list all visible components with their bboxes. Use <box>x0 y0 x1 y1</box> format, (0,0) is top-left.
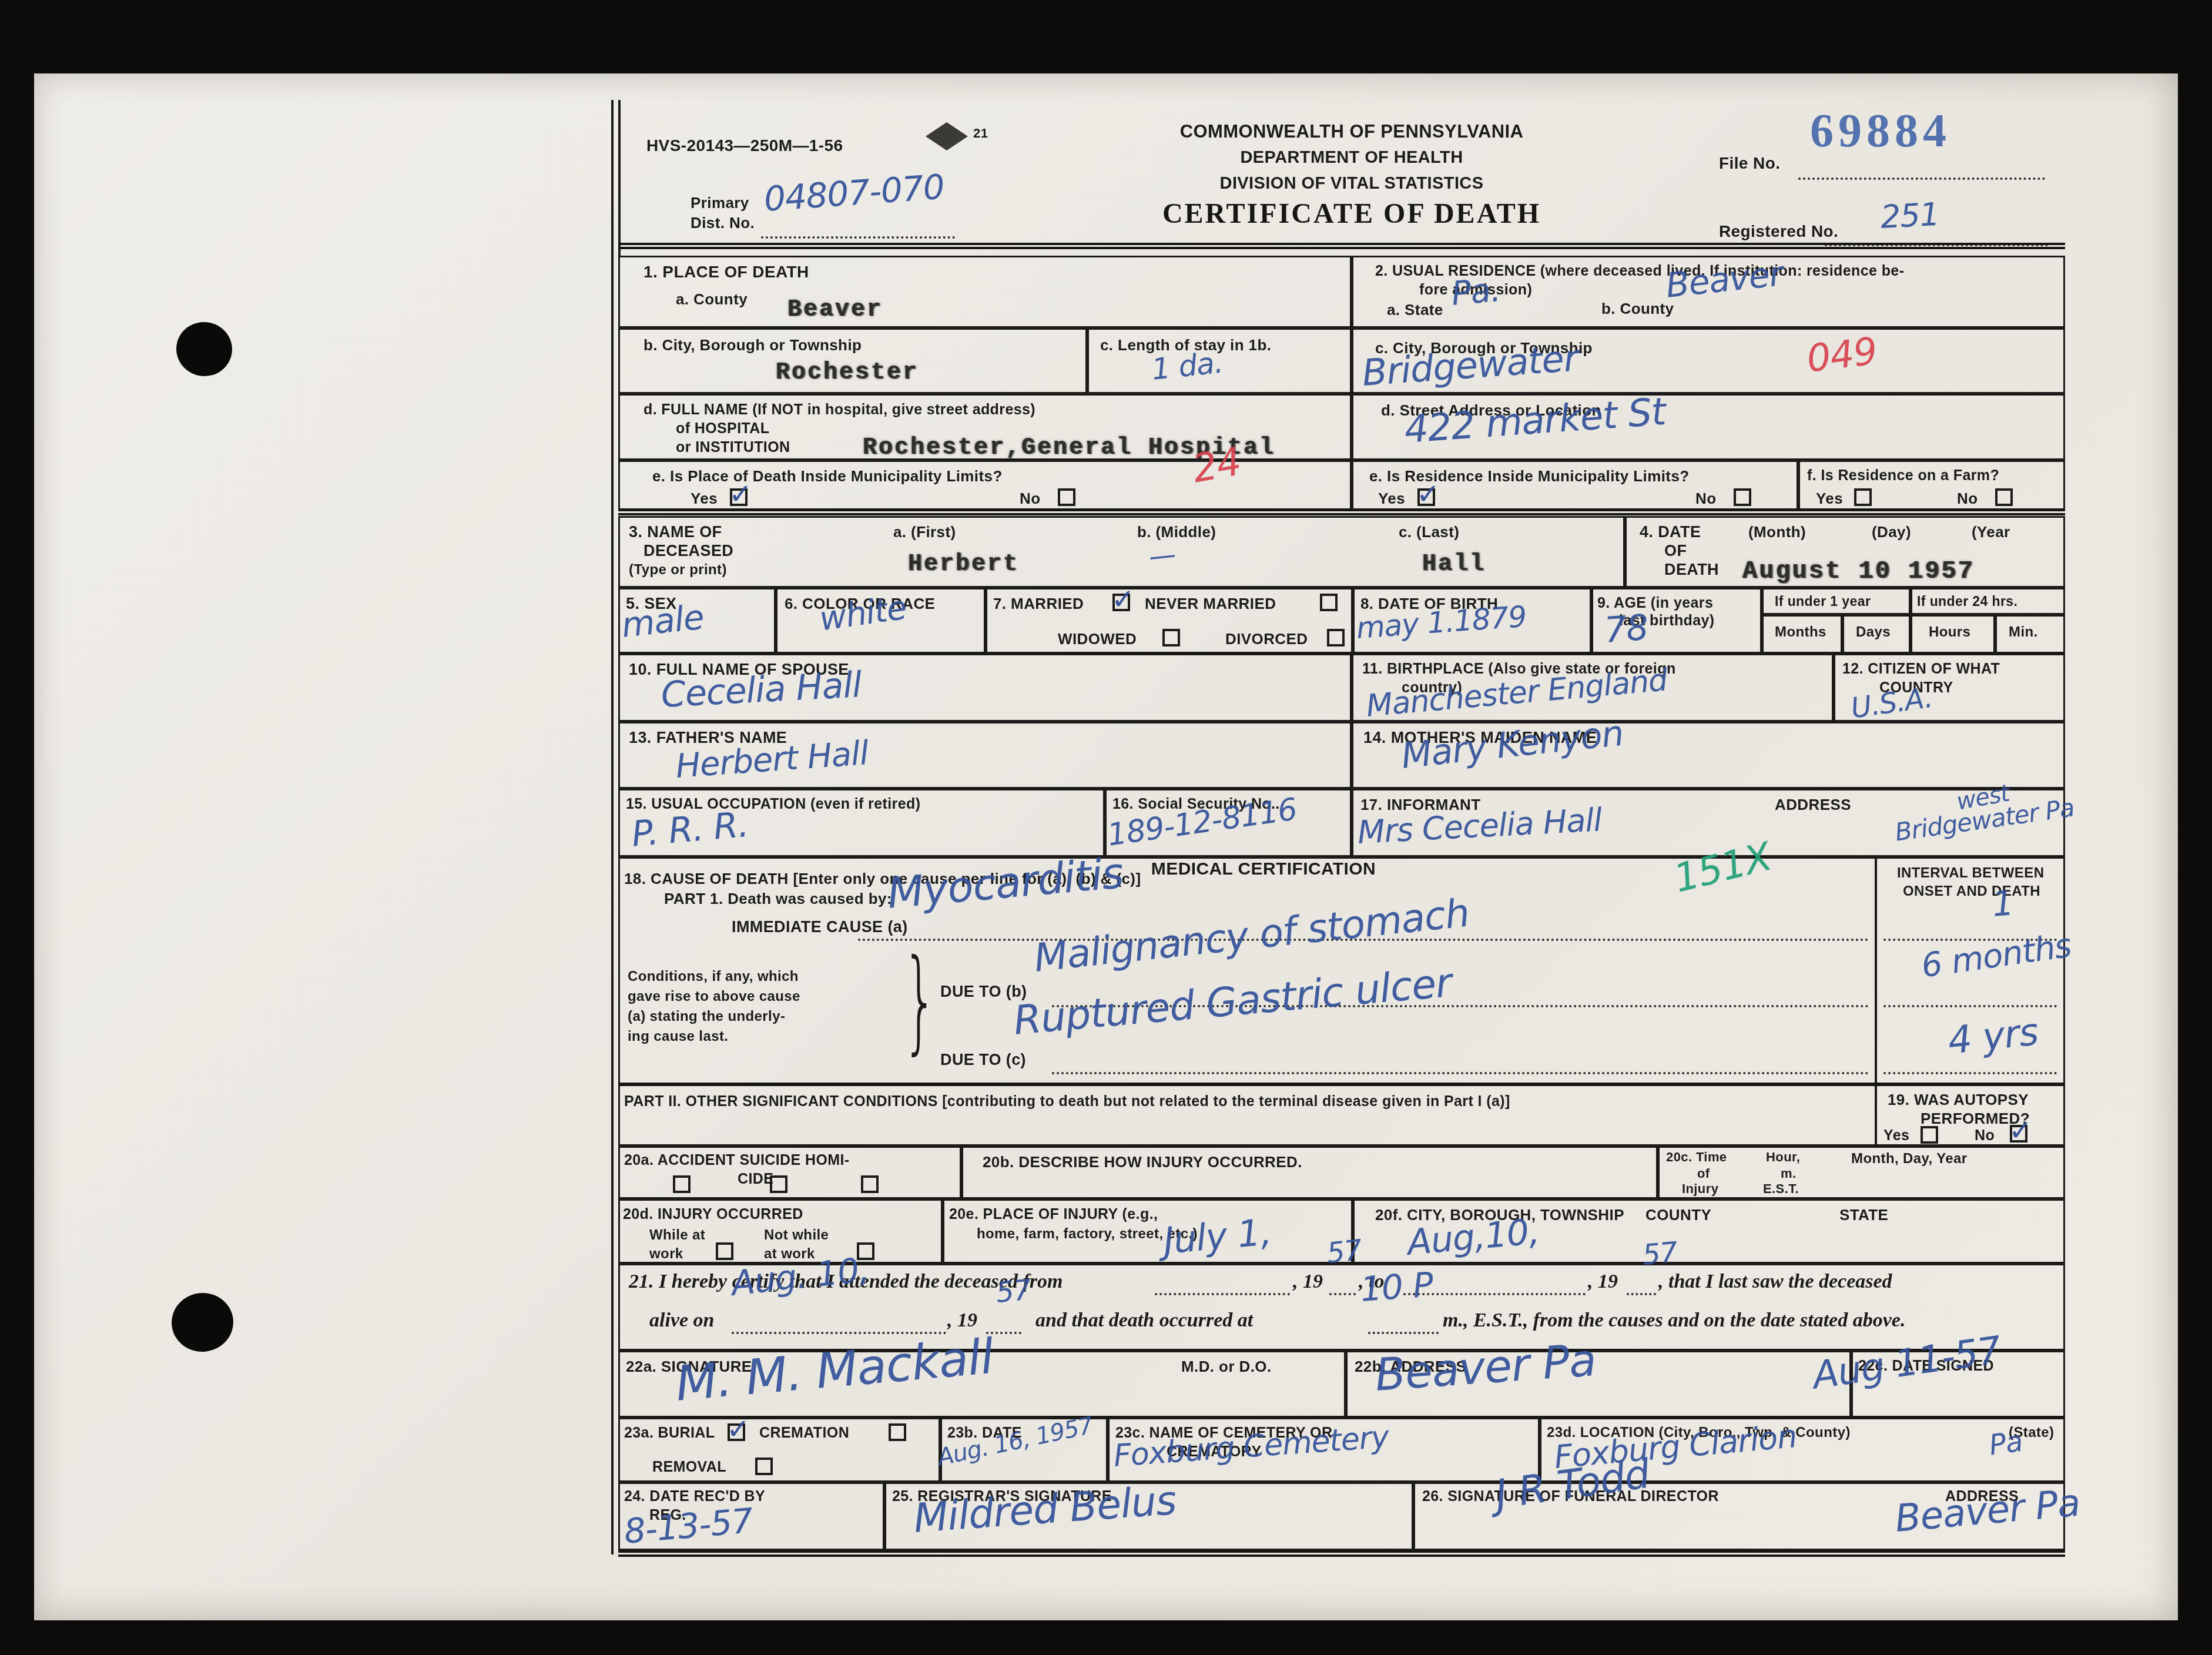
registered-no-value: 251 <box>1879 196 1940 236</box>
form-code: HVS-20143—250M—1-56 <box>646 136 843 155</box>
injury-hour-label-1: Hour, <box>1766 1150 1800 1165</box>
death-red-code: 24 <box>1189 438 1244 491</box>
last-name-value: Hall <box>1422 551 1486 578</box>
residence-state-label: a. State <box>1387 301 1443 319</box>
section-divider-1 <box>618 509 2065 515</box>
middle-name-mark: — <box>1147 538 1177 572</box>
citizen-label-1: 12. CITIZEN OF WHAT <box>1842 661 2000 678</box>
certify-to-year-value: 57 <box>1641 1236 1679 1272</box>
dod-label-1: 4. DATE <box>1640 523 1701 541</box>
injury-description-label: 20b. DESCRIBE HOW INJURY OCCURRED. <box>983 1153 1302 1171</box>
injury-time-label-2: of <box>1697 1166 1710 1181</box>
under-year-label: If under 1 year <box>1775 594 1871 609</box>
last-name-label: c. (Last) <box>1399 523 1459 541</box>
residence-limits-yes-label: Yes <box>1378 490 1405 508</box>
due-to-c-line <box>1052 1072 1869 1074</box>
married-mark: ✓ <box>1111 583 1135 616</box>
burial-checkbox: ✓ <box>728 1423 745 1441</box>
org-line-3: DIVISION OF VITAL STATISTICS <box>1146 174 1557 193</box>
certify-from-year-value: 57 <box>1325 1234 1363 1270</box>
place-of-injury-label-1: 20e. PLACE OF INJURY (e.g., <box>949 1206 1158 1223</box>
death-limits-yes-label: Yes <box>691 490 718 508</box>
interval-a-value: 1 <box>1990 883 2015 924</box>
deceased-label-2: DECEASED <box>644 542 733 560</box>
death-limits-label: e. Is Place of Death Inside Municipality… <box>652 467 1003 485</box>
registered-no-label: Registered No. <box>1719 222 1838 241</box>
interval-column-divider <box>1875 857 1877 1086</box>
interval-label-2: ONSET AND DEATH <box>1903 883 2040 900</box>
injury-time-label-3: Injury <box>1682 1181 1718 1197</box>
suicide-checkbox <box>770 1175 787 1193</box>
removal-label: REMOVAL <box>652 1459 726 1476</box>
certify-from-year-line <box>1329 1293 1356 1295</box>
residence-limits-yes-mark: ✓ <box>1416 478 1440 511</box>
death-limits-yes-mark: ✓ <box>729 478 752 511</box>
while-at-work-label: work <box>649 1246 683 1262</box>
while-at-label: While at <box>649 1227 705 1244</box>
conditions-label-3: (a) stating the underly- <box>628 1009 785 1025</box>
farm-no-checkbox <box>1995 488 2013 506</box>
autopsy-yes-label: Yes <box>1883 1127 1909 1144</box>
death-limits-no-checkbox <box>1058 488 1075 506</box>
accident-checkbox <box>673 1175 691 1193</box>
residence-red-code: 049 <box>1804 330 1879 381</box>
form-left-inner-border <box>618 100 621 256</box>
county-value: Beaver <box>787 297 883 323</box>
residence-limits-yes-checkbox: ✓ <box>1417 488 1435 506</box>
informant-address-label: ADDRESS <box>1775 796 1851 814</box>
certify-line1-e: , that I last saw the deceased <box>1658 1271 1892 1293</box>
conditions-label-2: gave rise to above cause <box>628 989 800 1005</box>
deceased-label-1: 3. NAME OF <box>629 523 722 541</box>
removal-checkbox <box>755 1458 773 1475</box>
autopsy-no-mark: ✓ <box>2009 1114 2032 1147</box>
injury-mdy-label: Month, Day, Year <box>1851 1151 1968 1167</box>
primary-dist-label-2: Dist. No. <box>691 214 755 232</box>
farm-yes-label: Yes <box>1816 490 1843 508</box>
injury-occurred-label: 20d. INJURY OCCURRED <box>623 1206 803 1223</box>
accident-label-2: CIDE <box>738 1171 773 1188</box>
place-of-death-title: 1. PLACE OF DEATH <box>644 263 809 282</box>
certify-from-line <box>1155 1293 1290 1295</box>
residence-county-label: b. County <box>1601 300 1674 318</box>
certificate-title: CERTIFICATE OF DEATH <box>1111 197 1593 230</box>
burial-label: 23a. BURIAL <box>624 1425 715 1442</box>
residence-limits-no-label: No <box>1695 490 1716 508</box>
file-number-stamp: 69884 <box>1810 105 1951 158</box>
immediate-cause-label: IMMEDIATE CAUSE (a) <box>732 918 908 936</box>
org-line-1: COMMONWEALTH OF PENNSYLVANIA <box>1146 121 1557 142</box>
death-certificate-scan: HVS-20143—250M—1-56 21 COMMONWEALTH OF P… <box>0 0 2212 1655</box>
autopsy-no-checkbox: ✓ <box>2010 1125 2027 1143</box>
form-left-outer-border <box>611 100 614 1555</box>
days-label: Days <box>1856 624 1891 641</box>
hours-label: Hours <box>1929 624 1970 641</box>
widowed-checkbox <box>1162 629 1180 646</box>
dod-day-label: (Day) <box>1872 523 1911 541</box>
while-at-work-checkbox <box>716 1242 733 1260</box>
not-while-label: Not while <box>764 1227 829 1244</box>
cremation-label: CREMATION <box>759 1425 849 1442</box>
part2-divider <box>618 1083 2065 1086</box>
certify-alive-line <box>732 1332 946 1334</box>
md-do-label: M.D. or D.O. <box>1181 1358 1272 1376</box>
first-name-label: a. (First) <box>893 523 956 541</box>
sex-value: male <box>619 597 705 645</box>
months-label: Months <box>1775 624 1826 641</box>
dod-label-2: OF <box>1664 542 1687 560</box>
injury-time-label-1: 20c. Time <box>1666 1150 1727 1165</box>
county-label: a. County <box>676 290 748 309</box>
death-limits-no-label: No <box>1020 490 1040 508</box>
under-24-label: If under 24 hrs. <box>1917 594 2017 609</box>
header-divider <box>618 243 2065 249</box>
farm-label: f. Is Residence on a Farm? <box>1807 467 1999 484</box>
certify-line2-c: and that death occurred at <box>1035 1309 1253 1332</box>
org-line-2: DEPARTMENT OF HEALTH <box>1146 148 1557 167</box>
certify-line1-b: , 19 <box>1293 1271 1323 1293</box>
bottom-border <box>618 1550 2065 1557</box>
city-of-death-label: b. City, Borough or Township <box>644 336 862 354</box>
age-value: 78 <box>1603 607 1650 651</box>
death-limits-yes-checkbox: ✓ <box>730 488 748 506</box>
conditions-label-1: Conditions, if any, which <box>628 969 799 985</box>
interval-b-line <box>1883 1005 2057 1007</box>
autopsy-column-divider <box>1875 1086 1877 1146</box>
first-name-value: Herbert <box>908 551 1019 578</box>
certify-hour-value: 10 P <box>1359 1264 1435 1309</box>
residence-limits-no-checkbox <box>1734 488 1751 506</box>
autopsy-label-1: 19. WAS AUTOPSY <box>1888 1091 2029 1109</box>
file-no-label: File No. <box>1719 154 1780 173</box>
homicide-checkbox <box>861 1175 879 1193</box>
never-married-checkbox <box>1320 594 1338 611</box>
city-of-death-value: Rochester <box>776 360 919 386</box>
due-to-c-label: DUE TO (c) <box>940 1051 1026 1069</box>
part2-label: PART II. OTHER SIGNIFICANT CONDITIONS [c… <box>624 1093 1510 1110</box>
conditions-label-4: ing cause last. <box>628 1028 728 1045</box>
accident-label-1: 20a. ACCIDENT SUICIDE HOMI- <box>624 1152 850 1169</box>
dod-year-label: (Year <box>1972 523 2010 541</box>
certify-line1-d: , 19 <box>1588 1271 1618 1293</box>
autopsy-no-label: No <box>1975 1127 1995 1144</box>
min-label: Min. <box>2009 624 2038 641</box>
certify-to-year-line <box>1627 1293 1656 1295</box>
certify-hour-line <box>1368 1332 1439 1334</box>
hospital-label-2: of HOSPITAL <box>676 420 769 437</box>
conditions-brace: } <box>902 945 937 1057</box>
certify-line2-a: alive on <box>649 1309 714 1332</box>
injury-hour-label-2: m. <box>1781 1166 1796 1181</box>
divorced-checkbox <box>1327 629 1345 646</box>
primary-dist-label-1: Primary <box>691 194 749 212</box>
certify-line2-d: m., E.S.T., from the causes and on the d… <box>1443 1309 1905 1332</box>
married-label: 7. MARRIED <box>993 595 1084 613</box>
widowed-label: WIDOWED <box>1058 630 1137 648</box>
dod-label-3: DEATH <box>1664 561 1719 579</box>
hospital-label-1: d. FULL NAME (If NOT in hospital, give s… <box>644 401 1035 418</box>
part1-label: PART 1. Death was caused by: <box>664 890 892 908</box>
injury-state-label: STATE <box>1839 1206 1888 1224</box>
file-no-line <box>1798 177 2045 180</box>
primary-dist-line <box>761 236 955 239</box>
dod-value: August 10 1957 <box>1742 557 1975 585</box>
certify-line2-b: , 19 <box>947 1309 977 1332</box>
middle-name-label: b. (Middle) <box>1137 523 1216 541</box>
dod-month-label: (Month) <box>1748 523 1806 541</box>
interval-label-1: INTERVAL BETWEEN <box>1897 865 2044 882</box>
certify-alive-year-value: 57 <box>995 1274 1033 1309</box>
deceased-label-3: (Type or print) <box>629 562 727 578</box>
farm-no-label: No <box>1957 490 1978 508</box>
never-married-label: NEVER MARRIED <box>1145 595 1276 613</box>
farm-yes-checkbox <box>1854 488 1872 506</box>
divorced-label: DIVORCED <box>1225 630 1308 648</box>
burial-mark: ✓ <box>726 1413 750 1446</box>
interval-c-line <box>1883 1072 2057 1074</box>
hospital-label-3: or INSTITUTION <box>676 439 790 456</box>
union-stamp-number: 21 <box>973 126 988 141</box>
cemetery-state-value: Pa <box>1987 1425 2025 1462</box>
cremation-checkbox <box>889 1423 906 1441</box>
married-checkbox: ✓ <box>1112 594 1130 611</box>
certify-alive-year-line <box>986 1332 1021 1334</box>
autopsy-yes-checkbox <box>1921 1126 1938 1144</box>
residence-state-value: Pa. <box>1450 271 1502 313</box>
injury-hour-label-3: E.S.T. <box>1763 1181 1799 1197</box>
injury-county-label: COUNTY <box>1645 1206 1711 1224</box>
